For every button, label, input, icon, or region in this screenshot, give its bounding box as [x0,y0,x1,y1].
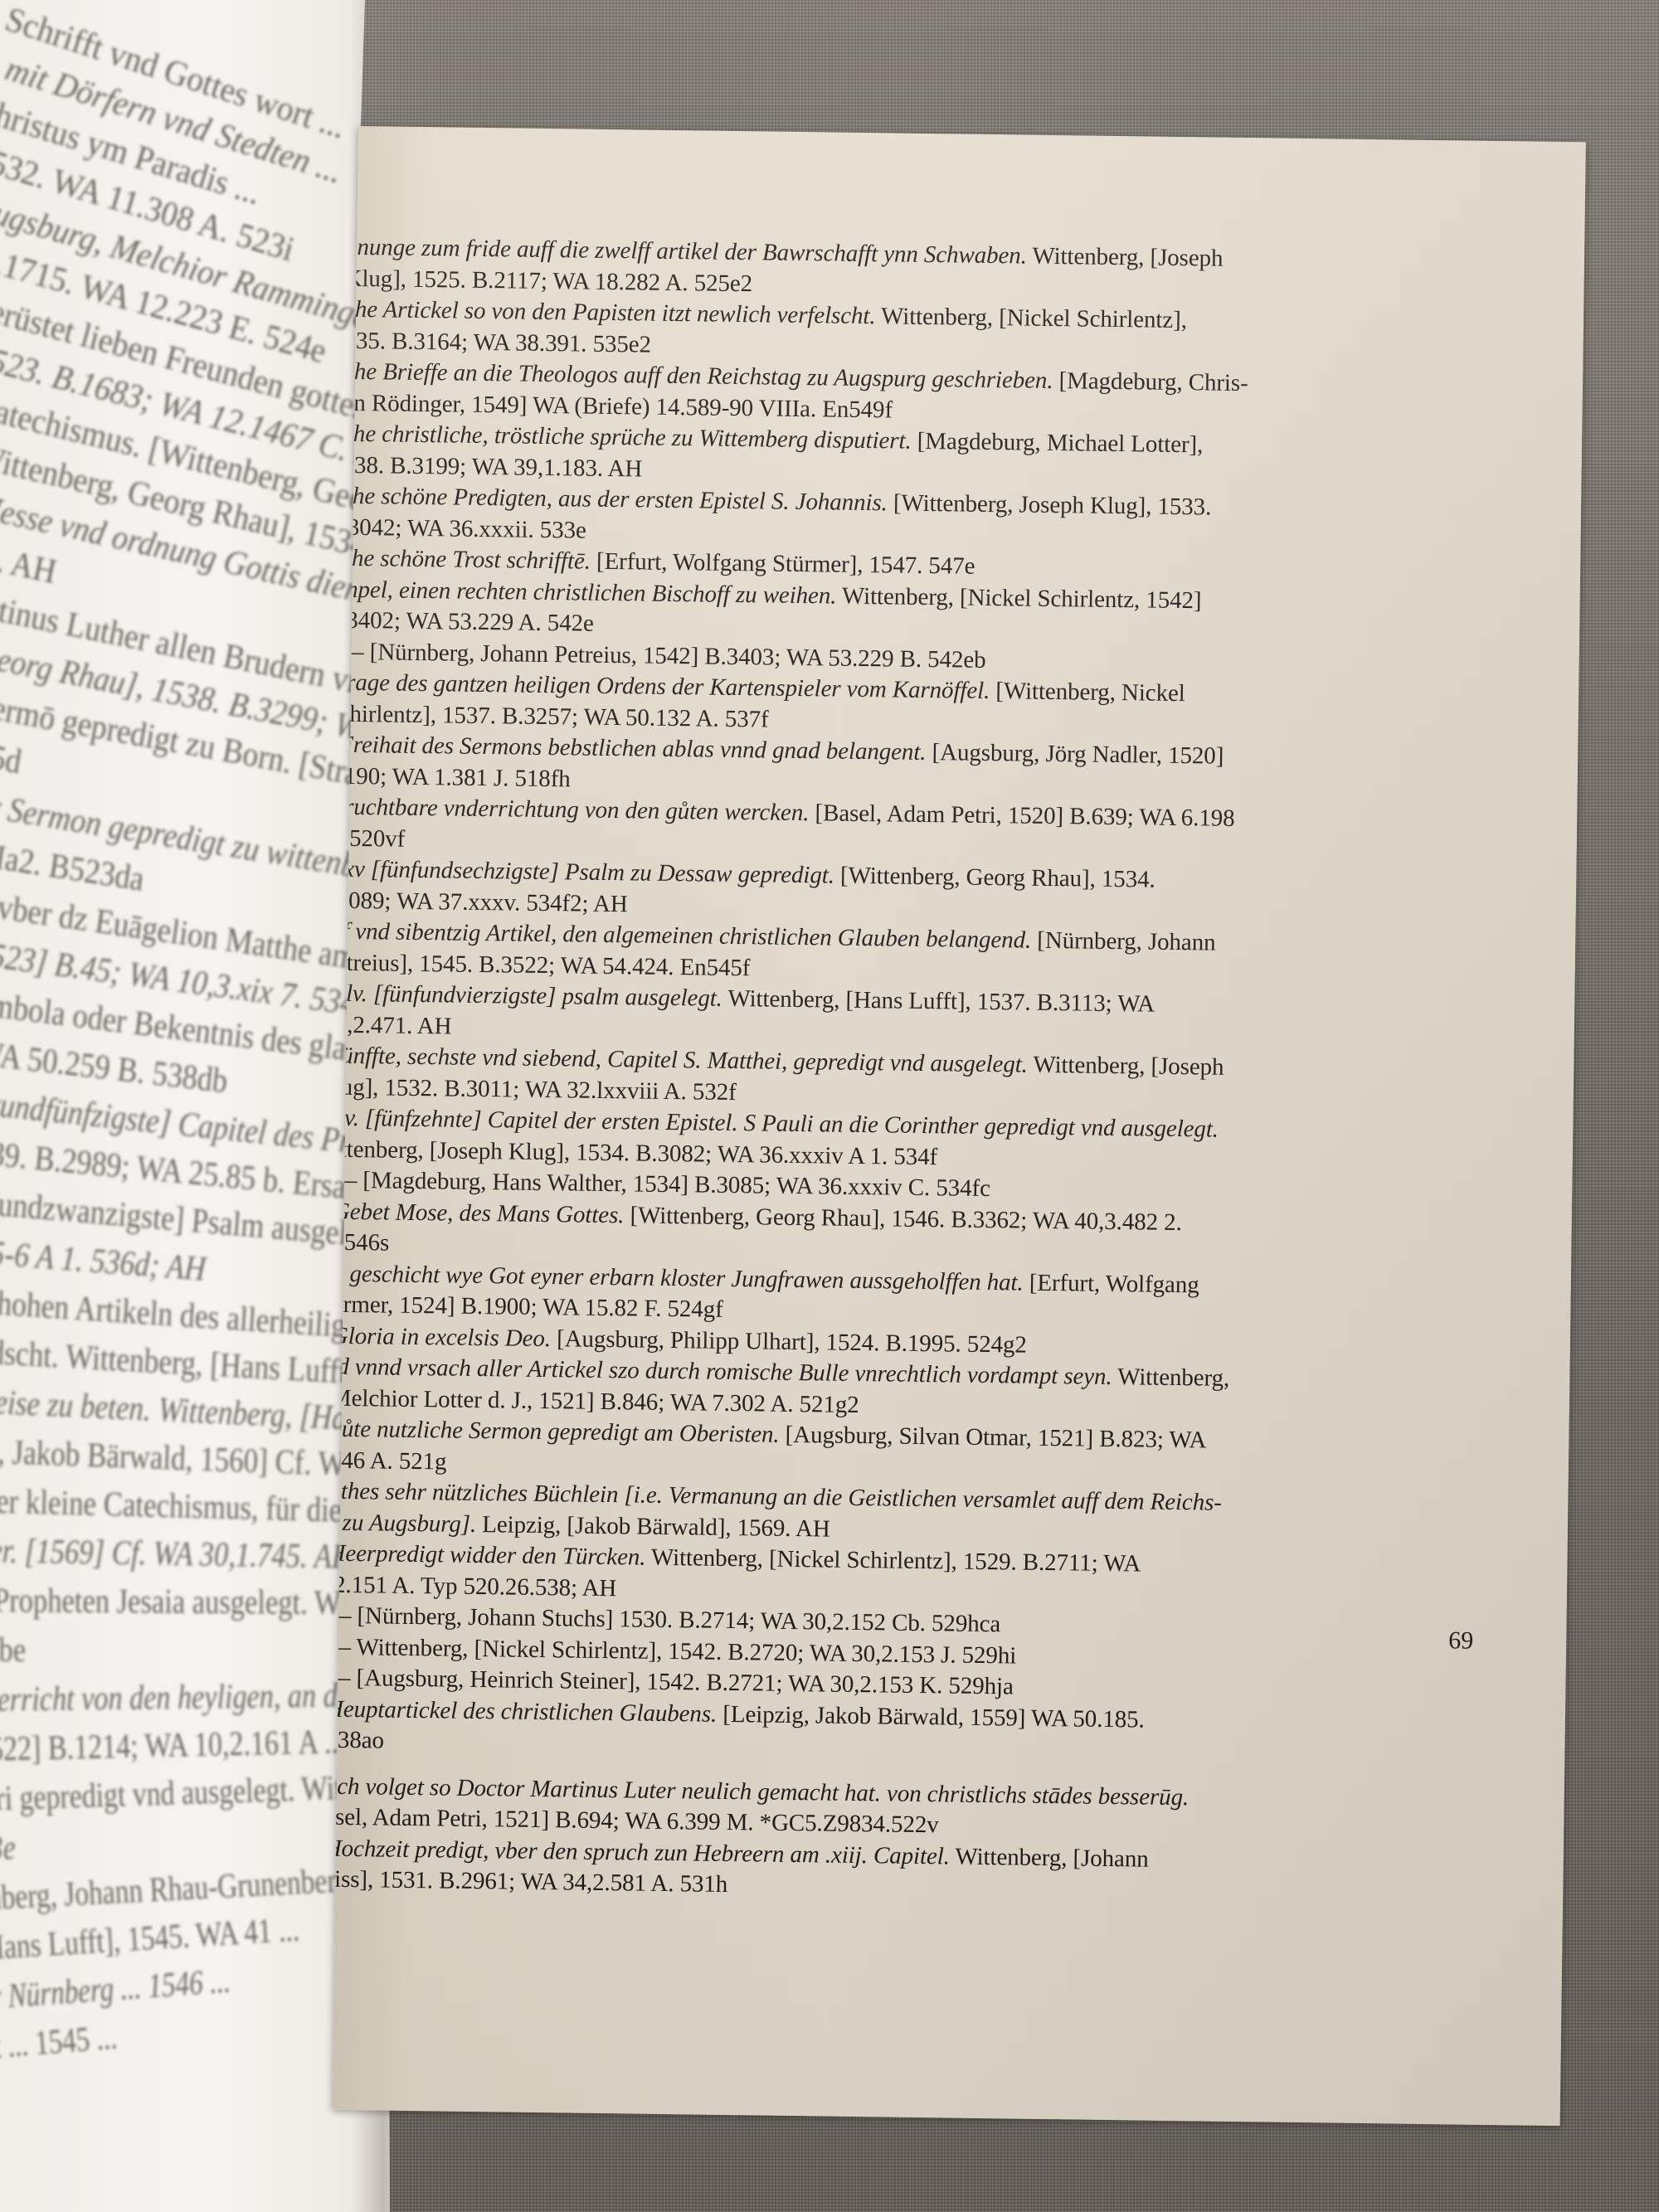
imprint-text: ürmer, 1524] B.1900; WA 15.82 F. 524gf [333,1291,723,1323]
left-page-line: s Propheten Jesaia ausgelegt. Wittenb... [0,1576,358,1628]
imprint-text: 538. B.3199; WA 39,1.183. AH [342,451,642,482]
left-page-text: ... Schrifft vnd Gottes wort ...... mit … [0,0,390,2073]
title-text: ; zu Augsburg]. [333,1509,477,1537]
imprint-text: Klug], 1525. B.2117; WA 18.282 A. 525e2 [344,265,752,296]
imprint-text: [Magdeburg, Michael Lotter], [911,428,1203,459]
imprint-text: 246 A. 521g [333,1446,447,1475]
imprint-text: asel, Adam Petri, 1521] B.694; WA 6.399 … [333,1804,939,1839]
imprint-text: lug], 1532. B.3011; WA 32.lxxviii A. 532… [334,1073,737,1105]
imprint-text: 0,2.471. AH [335,1011,452,1039]
imprint-text: — [Augsburg, Heinrich Steiner], 1542. B.… [333,1665,1014,1700]
imprint-text: [Magdeburg, Chris- [1053,367,1248,396]
imprint-text: Wittenberg, [Joseph [1028,1052,1224,1081]
imprint-text: 3089; WA 37.xxxv. 534f2; AH [337,887,628,917]
imprint-text: .190; WA 1.381 J. 518fh [338,762,571,792]
title-text: che Artickel so von den Papisten itzt ne… [344,296,876,329]
title-text: fünffte, sechste vnd siebend, Capitel S.… [334,1043,1028,1078]
imprint-text: Wittenberg, [Hans Lufft], 1537. B.3113; … [722,985,1155,1018]
title-text: che schöne Trost schrifftē. [341,545,591,575]
left-facing-page: ... Schrifft vnd Gottes wort ...... mit … [0,0,390,2212]
right-page: anunge zum fride auff die zwelff artikel… [333,126,1586,2126]
title-text: xlv. [fünfundvierzigste] psalm ausgelegt… [335,980,722,1012]
imprint-text: etreius], 1545. B.3522; WA 54.424. En545… [336,949,751,981]
imprint-text: Leipzig, [Jakob Bärwald], 1569. AH [476,1511,830,1543]
imprint-text: Wittenberg, [Nickel Schirlentz, 1542] [836,582,1202,614]
imprint-text: chirlentz], 1537. B.3257; WA 50.132 A. 5… [339,700,769,732]
title-text: anunge zum fride auff die zwelff artikel… [345,234,1027,270]
imprint-text: Melchior Lotter d. J., 1521] B.846; WA 7… [333,1384,859,1417]
imprint-text: Wittenberg, [Joseph [1027,243,1224,272]
imprint-text: [Augsburg, Jörg Nadler, 1520] [926,739,1224,770]
bibliography-entries: anunge zum fride auff die zwelff artikel… [333,232,1348,1908]
imprint-text: [Leipzig, Jakob Bärwald, 1559] WA 50.185… [717,1700,1145,1733]
title-text: fruchtbare vnderrichtung von den gůten w… [338,794,810,826]
imprint-text: 538ao [333,1727,384,1754]
imprint-text: [Basel, Adam Petri, 1520] B.639; WA 6.19… [809,800,1235,832]
title-text: Heuptartickel des christlichen Glaubens. [333,1695,718,1727]
left-page-line: sabe [0,1625,355,1675]
title-text: Freihait des Sermons bebstlichen ablas v… [338,732,927,766]
imprint-text: — [Nürnberg, Johann Petreius, 1542] B.34… [339,638,985,673]
imprint-text: Wittenberg, [Johann [950,1843,1149,1872]
imprint-text: .3042; WA 36.xxxii. 533e [341,513,586,543]
title-text: lxv [fünfundsechzigste] Psalm zu Dessaw … [337,856,834,889]
imprint-text: ittenberg, [Joseph Klug], 1534. B.3082; … [333,1135,938,1170]
title-text: Gloria in excelsis Deo. [333,1322,552,1351]
title-text: frage des gantzen heiligen Ordens der Ka… [339,669,990,704]
imprint-text: [Erfurt, Wolfgang Stürmer], 1547. 547e [591,548,975,580]
imprint-text: ,2.151 A. Typ 520.26.538; AH [333,1571,617,1602]
imprint-text: [Wittenberg, Nickel [990,678,1185,707]
title-text: gůte nutzliche Sermon gepredigt am Oberi… [333,1416,780,1448]
title-text: Heerpredigt widder den Türcken. [333,1540,646,1571]
imprint-text: [Augsburg, Philipp Ulhart], 1524. B.1995… [551,1325,1027,1359]
imprint-text: 535. B.3164; WA 38.391. 535e2 [343,327,651,357]
imprint-text: — [Nürnberg, Johann Stuchs] 1530. B.2714… [333,1602,1001,1638]
page-number: 69 [1448,1626,1473,1655]
title-text: che schöne Predigten, aus der ersten Epi… [342,483,888,517]
imprint-text: Wittenberg, [1112,1364,1229,1392]
imprint-text: an Rödinger, 1549] WA (Briefe) 14.589-90… [343,389,893,423]
imprint-text: [Wittenberg, Joseph Klug], 1533. [888,489,1212,520]
imprint-text: [Wittenberg, Georg Rhau], 1534. [834,863,1155,893]
title-text: Hochzeit predigt, vber den spruch zun He… [333,1835,950,1869]
title-text: mpel, einen rechten christlichen Bischof… [340,576,836,609]
left-page-line: nterricht von den heyligen, an die ... [0,1670,353,1725]
imprint-text: [Wittenberg, Georg Rhau], 1546. B.3362; … [624,1202,1182,1236]
imprint-text: [Augsburg, Silvan Otmar, 1521] B.823; WA [779,1422,1206,1454]
title-text: ff vnd sibentzig Artikel, den algemeinen… [336,918,1031,954]
imprint-text: .3402; WA 53.229 A. 542e [340,607,594,637]
imprint-text: Wittenberg, [Nickel Schirlentz], [875,303,1187,333]
imprint-text: Wittenberg, [Nickel Schirlentz], 1529. B… [645,1544,1141,1578]
title-text: Gebet Mose, des Mans Gottes. [333,1198,625,1228]
left-page-line: ber. [1569] Cf. WA 30,1.745. AH [0,1526,359,1582]
imprint-text: eiss], 1531. B.2961; WA 34,2.581 A. 531h [333,1866,728,1898]
title-text: che christliche, tröstliche sprüche zu W… [343,421,912,455]
imprint-text: [Erfurt, Wolfgang [1023,1269,1199,1298]
imprint-text: — [Magdeburg, Hans Walther, 1534] B.3085… [333,1167,990,1202]
imprint-text: [Nürnberg, Johann [1031,927,1216,956]
